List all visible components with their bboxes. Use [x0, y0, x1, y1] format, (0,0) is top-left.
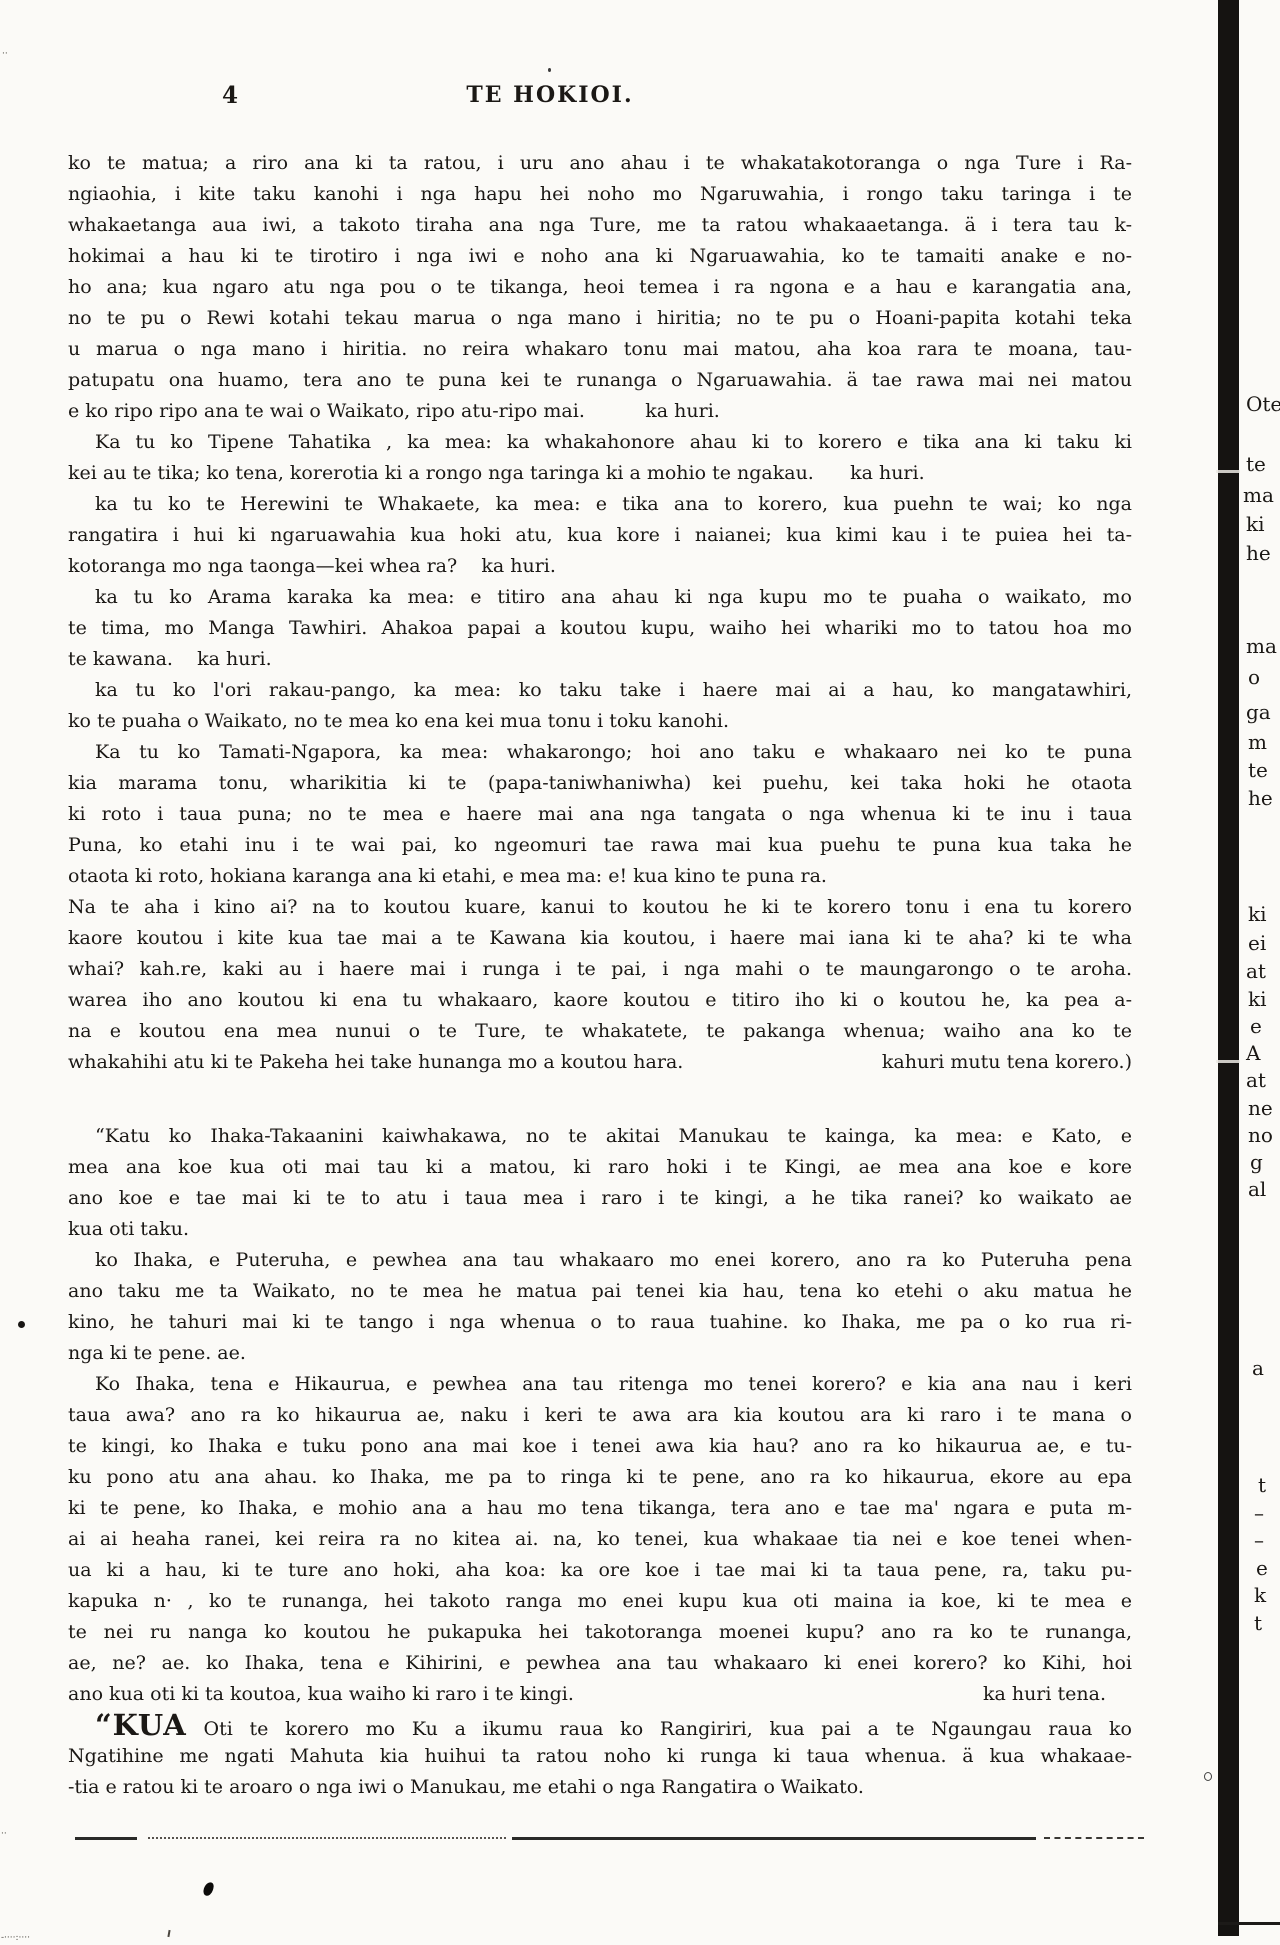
text-line: ngiaohia, i kite taku kanohi i nga hapu … — [68, 179, 1132, 210]
margin-text-fragment: m — [1248, 730, 1267, 754]
scan-bar-notch — [1216, 1060, 1240, 1063]
text-line: ki te pene, ko Ihaka, e mohio ana a hau … — [68, 1493, 1132, 1524]
text-line: Ngatihine me ngati Mahuta kia huihui ta … — [68, 1741, 1132, 1772]
text-line: “KUA Oti te korero mo Ku a ikumu raua ko… — [68, 1710, 1132, 1741]
text-line: Puna, ko etahi inu i te wai pai, ko ngeo… — [68, 830, 1132, 861]
margin-text-fragment: e — [1256, 1556, 1268, 1580]
margin-text-fragment: e — [1250, 1014, 1262, 1038]
text-line: ku pono atu ana ahau. ko Ihaka, me pa to… — [68, 1462, 1132, 1493]
margin-text-fragment: Ote — [1246, 392, 1280, 416]
margin-text-fragment: ki — [1248, 987, 1267, 1011]
text-line: ka tu ko Arama karaka ka mea: e titiro a… — [68, 582, 1132, 613]
margin-text-fragment: at — [1246, 959, 1266, 983]
text-line: ae, ne? ae. ko Ihaka, tena e Kihirini, e… — [68, 1648, 1132, 1679]
margin-text-fragment: k — [1254, 1583, 1266, 1607]
text-line: te tima, mo Manga Tawhiri. Ahakoa papai … — [68, 613, 1132, 644]
text-line: te kingi, ko Ihaka e tuku pono ana mai k… — [68, 1431, 1132, 1462]
margin-text-fragment: ei — [1248, 931, 1266, 955]
text-line: -tia e ratou ki te aroaro o nga iwi o Ma… — [68, 1772, 1132, 1803]
text-line: otaota ki roto, hokiana karanga ana ki e… — [68, 861, 1132, 892]
text-line: te nei ru nanga ko koutou he pukapuka he… — [68, 1617, 1132, 1648]
text-line: whakahihi atu ki te Pakeha hei take huna… — [68, 1047, 1132, 1078]
ink-speck — [167, 1930, 170, 1937]
margin-text-fragment: A — [1246, 1041, 1260, 1065]
text-line: ko te puaha o Waikato, no te mea ko ena … — [68, 706, 1132, 737]
text-line: kei au te tika; ko tena, korerotia ki a … — [68, 458, 1132, 489]
bottom-rule-segment — [1044, 1837, 1144, 1841]
scanned-newspaper-page: 4 TE HOKIOI. ko te matua; a riro ana ki … — [0, 0, 1280, 1945]
text-line: ki roto i taua puna; no te mea e haere m… — [68, 799, 1132, 830]
text-segment: ka huri tena. — [983, 1679, 1106, 1710]
text-segment: whakahihi atu ki te Pakeha hei take huna… — [68, 1047, 683, 1078]
margin-text-fragment: – — [1254, 1528, 1264, 1552]
margin-text-fragment: at — [1246, 1068, 1266, 1092]
scan-noise: ·· — [1, 1830, 7, 1839]
text-line: ka tu ko te Herewini te Whakaete, ka mea… — [68, 489, 1132, 520]
text-line: e ko ripo ripo ana te wai o Waikato, rip… — [68, 396, 1132, 427]
ink-blot — [18, 1321, 25, 1328]
text-line: ano koe e tae mai ki te to atu i taua me… — [68, 1183, 1132, 1214]
text-segment: ano kua oti ki ta koutoa, kua waiho ki r… — [68, 1679, 574, 1710]
bottom-rule-segment — [148, 1837, 506, 1841]
text-line: taua awa? ano ra ko hikaurua ae, naku i … — [68, 1400, 1132, 1431]
text-line: u marua o nga mano i hiritia. no reira w… — [68, 334, 1132, 365]
text-line: kaore koutou i kite kua tae mai a te Kaw… — [68, 923, 1132, 954]
margin-text-fragment: al — [1248, 1177, 1266, 1201]
text-line: ua ki a hau, ki te ture ano hoki, aha ko… — [68, 1555, 1132, 1586]
text-line: kapuka n· , ko te runanga, hei takoto ra… — [68, 1586, 1132, 1617]
text-line: Ko Ihaka, tena e Hikaurua, e pewhea ana … — [68, 1369, 1132, 1400]
scan-noise: -····:···· — [1, 1934, 30, 1943]
text-line: patupatu ona huamo, tera ano te puna kei… — [68, 365, 1132, 396]
text-line: kua oti taku. — [68, 1214, 1132, 1245]
margin-text-fragment: no — [1248, 1123, 1273, 1147]
text-line: whai? kah.re, kaki au i haere mai i rung… — [68, 954, 1132, 985]
margin-text-fragment: ga — [1246, 700, 1271, 724]
scan-bar-notch — [1216, 470, 1240, 473]
text-segment: Oti te korero mo Ku a ikumu raua ko Rang… — [187, 1718, 1132, 1740]
margin-text-fragment: te — [1248, 758, 1268, 782]
text-line: na e koutou ena mea nunui o te Ture, te … — [68, 1016, 1132, 1047]
margin-text-fragment: he — [1248, 786, 1273, 810]
margin-text-fragment: ma — [1243, 483, 1274, 507]
margin-text-fragment: te — [1246, 452, 1266, 476]
page-number: 4 — [222, 82, 238, 109]
margin-text-fragment: ki — [1248, 902, 1267, 926]
text-line: ano kua oti ki ta koutoa, kua waiho ki r… — [68, 1679, 1132, 1710]
margin-text-fragment: a — [1252, 1356, 1264, 1380]
text-line: ano taku me ta Waikato, no te mea he mat… — [68, 1276, 1132, 1307]
text-line: hokimai a hau ki te tirotiro i nga iwi e… — [68, 241, 1132, 272]
page-title: TE HOKIOI. — [425, 82, 675, 108]
scan-gutter-bar — [1218, 0, 1239, 1936]
text-line: Ka tu ko Tipene Tahatika , ka mea: ka wh… — [68, 427, 1132, 458]
text-line: no te pu o Rewi kotahi tekau marua o nga… — [68, 303, 1132, 334]
text-line: rangatira i hui ki ngaruawahia kua hoki … — [68, 520, 1132, 551]
text-line: warea iho ano koutou ki ena tu whakaaro,… — [68, 985, 1132, 1016]
text-line: kino, he tahuri mai ki te tango i nga wh… — [68, 1307, 1132, 1338]
text-line: “Katu ko Ihaka-Takaanini kaiwhakawa, no … — [68, 1121, 1132, 1152]
text-line: ko Ihaka, e Puteruha, e pewhea ana tau w… — [68, 1245, 1132, 1276]
text-line: te kawana. ka huri. — [68, 644, 1132, 675]
text-line: kotoranga mo nga taonga—kei whea ra? ka … — [68, 551, 1132, 582]
text-line: ai ai heaha ranei, kei reira ra no kitea… — [68, 1524, 1132, 1555]
ink-blot — [202, 1881, 215, 1897]
text-line: whakaetanga aua iwi, a takoto tiraha ana… — [68, 210, 1132, 241]
margin-text-fragment: t — [1254, 1611, 1262, 1635]
ink-speck — [1204, 1772, 1212, 1781]
text-block: ko te matua; a riro ana ki ta ratou, i u… — [68, 148, 1132, 1803]
ink-speck — [548, 68, 551, 72]
text-line: ka tu ko l'ori rakau-pango, ka mea: ko t… — [68, 675, 1132, 706]
text-line: Na te aha i kino ai? na to koutou kuare,… — [68, 892, 1132, 923]
bottom-rule-segment — [512, 1837, 1036, 1840]
text-segment: kahuri mutu tena korero.) — [882, 1047, 1132, 1078]
text-line: mea ana koe kua oti mai tau ki a matou, … — [68, 1152, 1132, 1183]
text-line: kia marama tonu, wharikitia ki te (papa-… — [68, 768, 1132, 799]
margin-text-fragment: ki — [1246, 512, 1265, 536]
margin-text-fragment: ne — [1248, 1096, 1273, 1120]
margin-text-fragment: he — [1246, 541, 1271, 565]
text-line: ho ana; kua ngaro atu nga pou o te tikan… — [68, 272, 1132, 303]
bottom-rule-segment — [75, 1837, 137, 1840]
margin-text-fragment: g — [1250, 1150, 1263, 1174]
drop-cap: “KUA — [95, 1710, 187, 1741]
text-line: Ka tu ko Tamati-Ngapora, ka mea: whakaro… — [68, 737, 1132, 768]
margin-text-fragment: – — [1254, 1501, 1264, 1525]
margin-text-fragment: ma — [1246, 634, 1277, 658]
scan-noise: ·· — [2, 50, 8, 59]
scan-gutter-bar-foot — [1218, 1922, 1280, 1925]
text-line: nga ki te pene. ae. — [68, 1338, 1132, 1369]
margin-text-fragment: t — [1258, 1473, 1266, 1497]
margin-text-fragment: o — [1248, 665, 1260, 689]
text-line: ko te matua; a riro ana ki ta ratou, i u… — [68, 148, 1132, 179]
